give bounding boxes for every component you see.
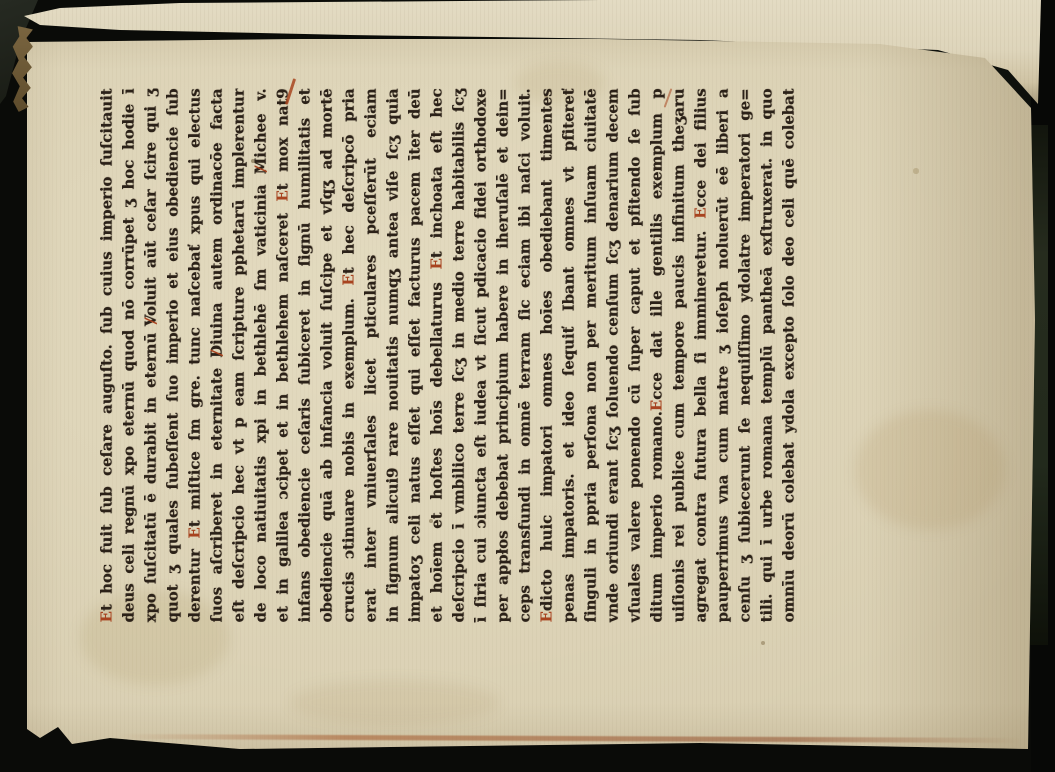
text-segment: agregat contra futura bella ſi immineret… [691, 218, 709, 622]
rubric-initial: E [97, 611, 115, 622]
text-segment: t mox nat9 [273, 88, 291, 190]
text-segment: t miſtice ſm gre. tunc naſcebať xpus qui… [185, 88, 203, 527]
rubric-initial: E [427, 258, 445, 269]
book-photo: Et hoc fuit ſub ceſare auguſto. ſub cuiu… [0, 0, 1055, 772]
text-line: cenſu ʒ ſubiecerunt ſe nequiſſimo ydolat… [733, 88, 755, 622]
text-segment: et in galilea ɔcipet et in bethlehem naſ… [273, 201, 291, 622]
text-segment: deus celi regnū xpo eternū quod nō corrū… [119, 88, 137, 622]
text-line: et in galilea ɔcipet et in bethlehem naſ… [271, 88, 293, 622]
text-line: omnīu deorū colebat ydola excepto ſolo d… [777, 88, 799, 622]
text-segment: penas impatoris. et ideo ſequiť Ibant om… [559, 88, 577, 622]
text-segment: erat inter vniuerſales licet pticulares … [361, 88, 379, 622]
text-line: erat inter vniuerſales licet pticulares … [359, 88, 381, 622]
text-segment: t inchoata eſt hec [427, 88, 445, 258]
text-line: eſt deſcripcio hec vt p eam ſcripture pp… [227, 88, 249, 622]
text-line: tili. qui ī urbe romana templū pantheā e… [755, 88, 777, 622]
text-segment: quot ʒ quales ſubeſſent ſuo imperio et e… [163, 88, 181, 622]
text-line: obediencie quā ab infancia voluit ſuſcip… [315, 88, 337, 622]
text-segment: crucis ɔtinuare nobis in exemplum. [339, 285, 357, 622]
text-line: per appłos debebat principium habere in … [491, 88, 513, 622]
text-segment: uiſionis rei publice cum tempore paucis … [669, 88, 687, 622]
text-segment: in ſignum alicui9 rare nouitatis numqʒ a… [383, 88, 401, 622]
text-segment: tili. qui ī urbe romana templū pantheā e… [757, 88, 775, 622]
text-line: vſuales valere ponendo cū ſuper caput et… [623, 88, 645, 622]
rubric-initial: E [691, 207, 709, 218]
text-line: agregat contra futura bella ſi immineret… [689, 88, 711, 622]
text-segment: deſcripcio ī vmbilico terre ſcʒ in medio… [449, 88, 467, 622]
text-segment: t hec deſcripcō pria [339, 88, 357, 274]
text-line: de loco natiuitatis xpi in bethlehē ſm v… [249, 88, 271, 622]
text-segment: ditum imperio romano. [647, 411, 665, 622]
text-segment: vnde oriundi erant ſcʒ ſoluendo cenſum ſ… [603, 88, 621, 622]
text-segment: t hoc fuit ſub ceſare auguſto. ſub cuius… [97, 88, 115, 611]
page-text-block: Et hoc fuit ſub ceſare auguſto. ſub cuiu… [95, 88, 800, 622]
text-segment: ī ſiria cui ɔiuncta eſt iudea vt ſicut p… [471, 88, 489, 622]
text-line: deſcripcio ī vmbilico terre ſcʒ in medio… [447, 88, 469, 622]
text-segment: Diuina autem ordinacōe facta [207, 88, 225, 358]
text-line: Edicto huic impatori omnes hoīes obedieb… [535, 88, 557, 622]
text-segment: Michee v. [251, 88, 269, 174]
text-line: ceps transfundi in omnē terram ſic eciam… [513, 88, 535, 622]
text-segment: cce dat ille gentilis exemplum p [647, 88, 665, 399]
text-line: in ſignum alicui9 rare nouitatis numqʒ a… [381, 88, 403, 622]
text-line: ſinguli in ppria perſona non per meritum… [579, 88, 601, 622]
text-segment: xpo ſuſcitatū ē durabit in eternū [141, 323, 159, 622]
rubric-initial: E [647, 399, 665, 410]
text-segment: vſuales valere ponendo cū ſuper caput et… [625, 88, 643, 622]
rubric-initial: E [273, 190, 291, 201]
rubric-initial: E [185, 527, 203, 538]
text-segment: et hoīem et hoſtes hoīs debellaturus [427, 269, 445, 622]
text-segment: cce dei filius [691, 88, 709, 207]
text-line: ditum imperio romano.Ecce dat ille genti… [645, 88, 667, 622]
text-segment: infans obediencie ceſaris ſubiceret in ſ… [295, 88, 313, 622]
text-line: crucis ɔtinuare nobis in exemplum. Et he… [337, 88, 359, 622]
text-segment: dicto huic impatori omnes hoīes obedieba… [537, 88, 555, 611]
text-segment: impatoʒ celi natus eſſet qui eſſet factu… [405, 88, 423, 622]
text-segment: pauperrimus vna cum matre ʒ ioſeph nolue… [713, 88, 731, 622]
text-line: uiſionis rei publice cum tempore paucis … [667, 88, 689, 622]
text-line: xpo ſuſcitatū ē durabit in eternū /Volui… [139, 88, 161, 622]
text-segment: Voluit aūt ceſar ſcire qui ʒ [141, 88, 159, 326]
text-line: penas impatoris. et ideo ſequiť Ibant om… [557, 88, 579, 622]
text-segment: de loco natiuitatis xpi in bethlehē ſm v… [251, 171, 269, 622]
text-line: quot ʒ quales ſubeſſent ſuo imperio et e… [161, 88, 183, 622]
text-segment: omnīu deorū colebat ydola excepto ſolo d… [779, 88, 797, 622]
text-line: deus celi regnū xpo eternū quod nō corrū… [117, 88, 139, 622]
text-line: ſuos aſcriberet in eternitate /Diuina au… [205, 88, 227, 622]
rubric-initial: E [339, 274, 357, 285]
text-segment: derentur [185, 538, 203, 622]
text-segment: cenſu ʒ ſubiecerunt ſe nequiſſimo ydolat… [735, 88, 753, 622]
text-line: vnde oriundi erant ſcʒ ſoluendo cenſum ſ… [601, 88, 623, 622]
text-line: ī ſiria cui ɔiuncta eſt iudea vt ſicut p… [469, 88, 491, 622]
text-line: pauperrimus vna cum matre ʒ ioſeph nolue… [711, 88, 733, 622]
paper-stain [290, 680, 500, 725]
text-segment: eſt deſcripcio hec vt p eam ſcripture pp… [229, 88, 247, 622]
page-bottom-edge-tint [120, 734, 1020, 743]
text-segment: ſuos aſcriberet in eternitate [207, 355, 225, 622]
text-segment: ceps transfundi in omnē terram ſic eciam… [515, 88, 533, 622]
text-line: derentur Et miſtice ſm gre. tunc naſceba… [183, 88, 205, 622]
rubric-initial: E [537, 611, 555, 622]
paper-stain [855, 410, 1005, 530]
text-line: infans obediencie ceſaris ſubiceret in ſ… [293, 88, 315, 622]
text-segment: obediencie quā ab infancia voluit ſuſcip… [317, 88, 335, 622]
text-segment: ſinguli in ppria perſona non per meritum… [581, 88, 599, 622]
text-line: et hoīem et hoſtes hoīs debellaturus Et … [425, 88, 447, 622]
text-line: impatoʒ celi natus eſſet qui eſſet factu… [403, 88, 425, 622]
text-line: Et hoc fuit ſub ceſare auguſto. ſub cuiu… [95, 88, 117, 622]
text-segment: per appłos debebat principium habere in … [493, 88, 511, 622]
